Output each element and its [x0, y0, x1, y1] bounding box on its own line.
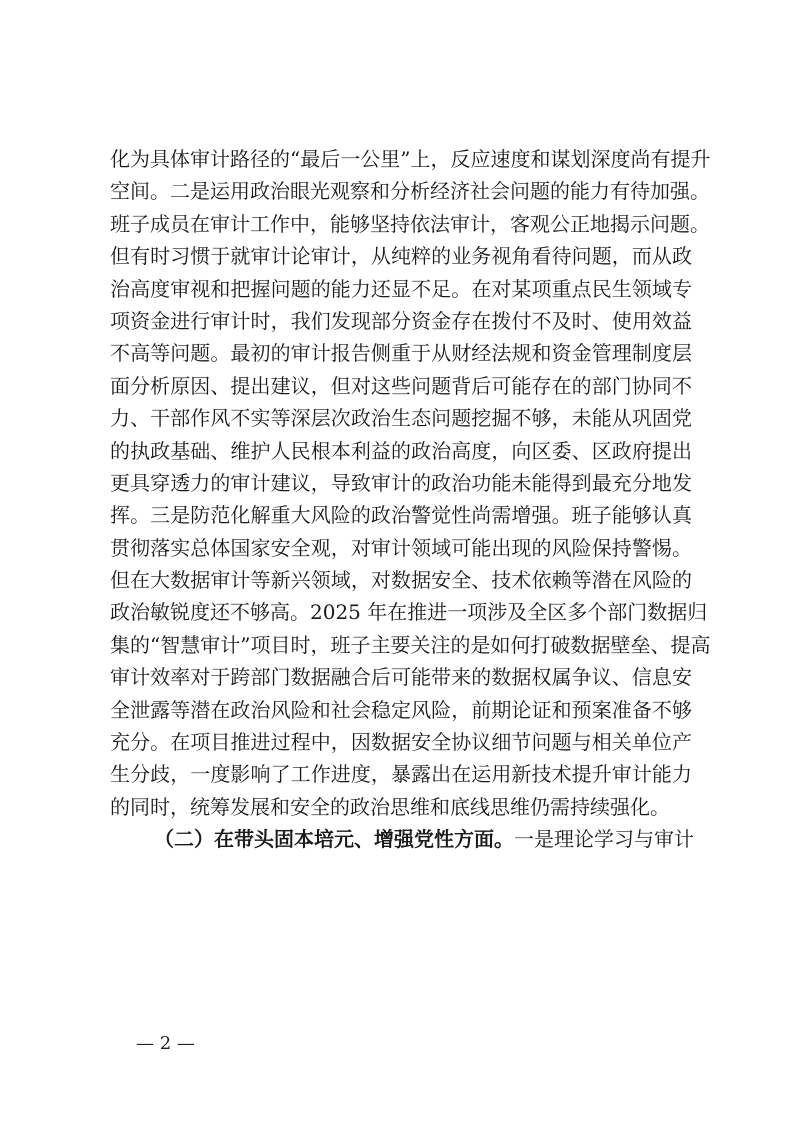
body-text: 化为具体审计路径的“最后一公里”上，反应速度和谋划深度尚有提升 空间。二是运用政…: [110, 143, 692, 856]
paragraph-line: 空间。二是运用政治眼光观察和分析经济社会问题的能力有待加强。: [110, 175, 692, 207]
paragraph-line: 但在大数据审计等新兴领域，对数据安全、技术依赖等潜在风险的: [110, 564, 692, 596]
paragraph-line: 集的“智慧审计”项目时，班子主要关注的是如何打破数据壁垒、提高: [110, 629, 692, 661]
paragraph-line: 不高等问题。最初的审计报告侧重于从财经法规和资金管理制度层: [110, 337, 692, 369]
paragraph-line: 但有时习惯于就审计论审计，从纯粹的业务视角看待问题，而从政: [110, 240, 692, 272]
paragraph-line: 生分歧，一度影响了工作进度，暴露出在运用新技术提升审计能力: [110, 758, 692, 790]
paragraph-line: 力、干部作风不实等深层次政治生态问题挖掘不够，未能从巩固党: [110, 402, 692, 434]
section-heading-text: 一是理论学习与审计: [514, 827, 694, 851]
document-page: 化为具体审计路径的“最后一公里”上，反应速度和谋划深度尚有提升 空间。二是运用政…: [0, 0, 793, 1122]
section-heading: （二）在带头固本培元、增强党性方面。一是理论学习与审计: [110, 823, 692, 855]
paragraph-line: 面分析原因、提出建议，但对这些问题背后可能存在的部门协同不: [110, 370, 692, 402]
paragraph-line: 充分。在项目推进过程中，因数据安全协议细节问题与相关单位产: [110, 726, 692, 758]
paragraph-line: 审计效率对于跨部门数据融合后可能带来的数据权属争议、信息安: [110, 661, 692, 693]
paragraph-line: 全泄露等潜在政治风险和社会稳定风险，前期论证和预案准备不够: [110, 694, 692, 726]
paragraph-line: 化为具体审计路径的“最后一公里”上，反应速度和谋划深度尚有提升: [110, 143, 692, 175]
paragraph-line: 政治敏锐度还不够高。2025 年在推进一项涉及全区多个部门数据归: [110, 596, 692, 628]
page-number: — 2 —: [136, 1033, 195, 1054]
paragraph-line: 班子成员在审计工作中，能够坚持依法审计，客观公正地揭示问题。: [110, 208, 692, 240]
paragraph-line: 治高度审视和把握问题的能力还显不足。在对某项重点民生领域专: [110, 273, 692, 305]
paragraph-line: 的同时，统筹发展和安全的政治思维和底线思维仍需持续强化。: [110, 791, 692, 823]
section-heading-title: （二）在带头固本培元、增强党性方面。: [154, 827, 514, 851]
paragraph-line: 项资金进行审计时，我们发现部分资金存在拨付不及时、使用效益: [110, 305, 692, 337]
paragraph-line: 更具穿透力的审计建议，导致审计的政治功能未能得到最充分地发: [110, 467, 692, 499]
paragraph-line: 挥。三是防范化解重大风险的政治警觉性尚需增强。班子能够认真: [110, 499, 692, 531]
paragraph-line: 的执政基础、维护人民根本利益的政治高度，向区委、区政府提出: [110, 435, 692, 467]
paragraph-line: 贯彻落实总体国家安全观，对审计领域可能出现的风险保持警惕。: [110, 532, 692, 564]
